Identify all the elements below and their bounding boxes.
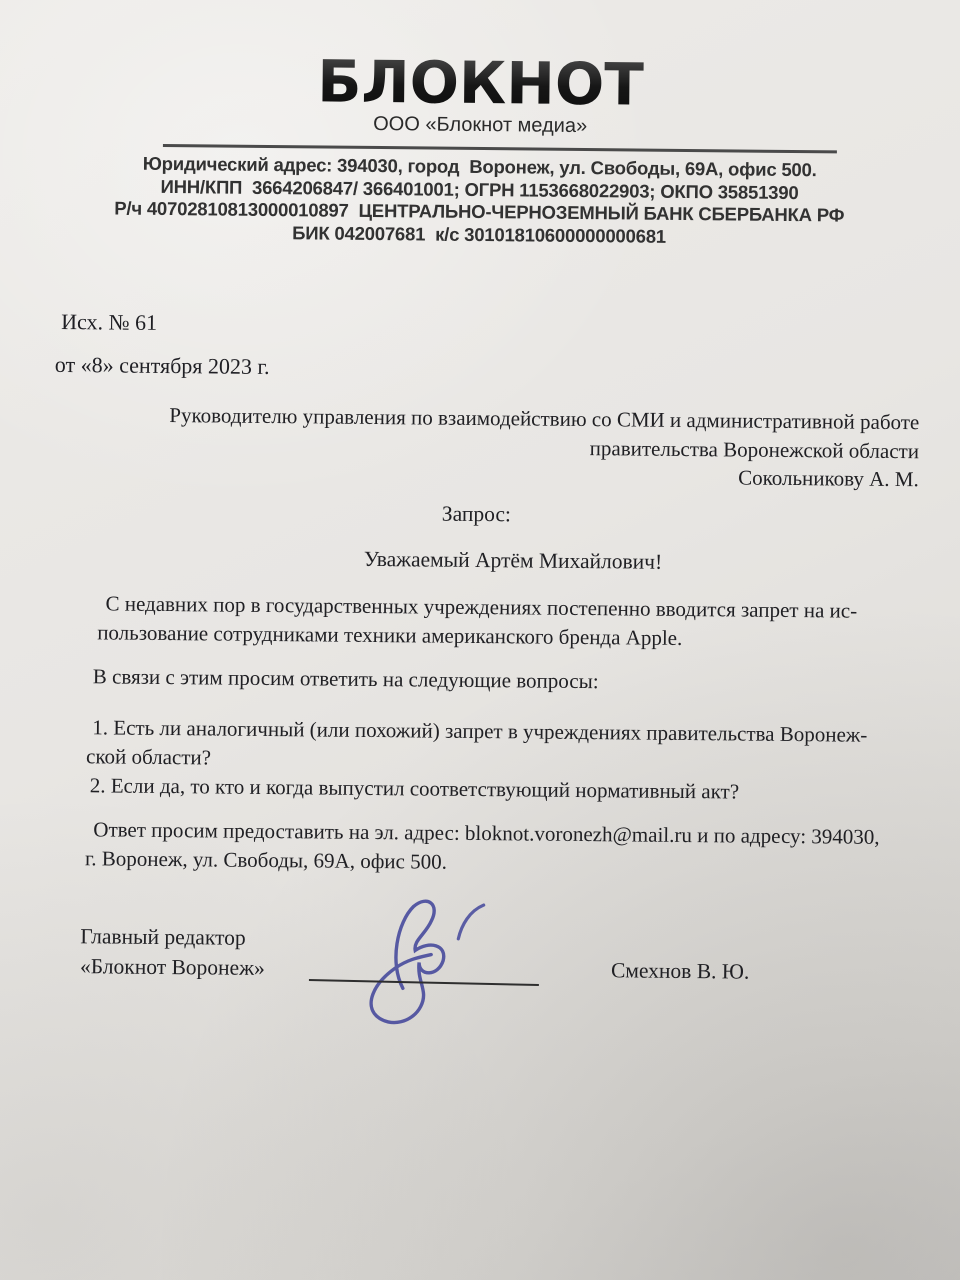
signer-role-line: «Блокнот Воронеж» [80, 952, 265, 983]
handwritten-signature [354, 896, 500, 1037]
signature-stroke [371, 901, 444, 1023]
letter-photo: БЛОКНОТ ООО «Блокнот медиа» Юридический … [0, 0, 960, 1280]
signature-tick-stroke [458, 905, 483, 939]
subject-line: Запрос: [0, 497, 957, 531]
salutation: Уважаемый Артём Михайлович! [364, 547, 662, 575]
paragraph-request: В связи с этим просим ответить на следую… [93, 662, 941, 699]
paragraph-intro: С недавних пор в государственных учрежде… [97, 589, 946, 655]
questions-list: 1. Есть ли аналогичный (или похожий) зап… [86, 713, 935, 808]
signer-name: Смехнов В. Ю. [611, 958, 750, 984]
signer-role: Главный редактор «Блокнот Воронеж» [80, 922, 265, 983]
letter-date: от «8» сентября 2023 г. [55, 352, 270, 380]
letterhead-divider [163, 144, 837, 153]
outgoing-number: Исх. № 61 [61, 309, 157, 336]
paragraph-line: В связи с этим просим ответить на следую… [93, 662, 941, 699]
bloknot-logo: БЛОКНОТ [0, 49, 960, 116]
recipient-block: Руководителю управления по взаимодействи… [99, 400, 920, 493]
signer-role-line: Главный редактор [80, 922, 265, 953]
paragraph-reply-address: Ответ просим предоставить на эл. адрес: … [85, 815, 934, 881]
letterhead-requisites: Юридический адрес: 394030, город Воронеж… [0, 151, 960, 250]
letter-sheet: БЛОКНОТ ООО «Блокнот медиа» Юридический … [0, 0, 960, 1280]
